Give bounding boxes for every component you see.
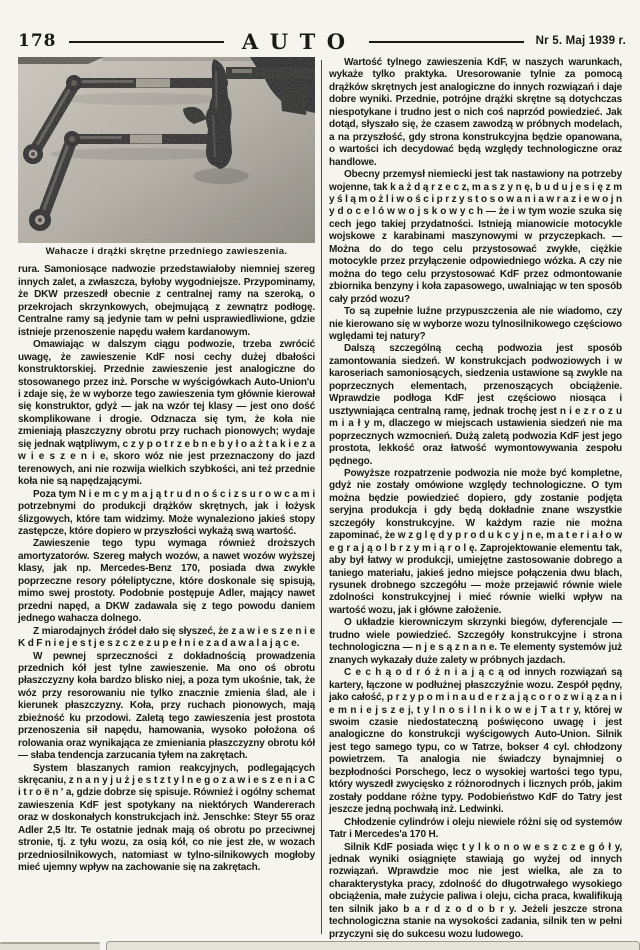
paragraph: Chłodzenie cylindrów i oleju niewiele ró… bbox=[329, 817, 622, 842]
left-column-text: rura. Samoniosące nadwozie przedstawiało… bbox=[18, 264, 315, 874]
right-column-text: Wartość tylnego zawieszenia KdF, w naszy… bbox=[329, 57, 622, 941]
paragraph: Zawieszenie tego typu wymaga również dro… bbox=[18, 538, 315, 625]
paragraph: O układzie kierowniczym skrzynki biegów,… bbox=[329, 617, 622, 667]
bottom-bar-right bbox=[106, 941, 640, 950]
paragraph: Dalszą szczególną cechą podwozia jest sp… bbox=[329, 343, 622, 468]
paragraph: Powyższe rozpatrzenie podwozia nie może … bbox=[329, 468, 622, 617]
magazine-page: 178 AUTO Nr 5. Maj 1939 r. bbox=[0, 0, 640, 950]
paragraph: Obecny przemysł niemiecki jest tak nasta… bbox=[329, 169, 622, 306]
paragraph: rura. Samoniosące nadwozie przedstawiało… bbox=[18, 264, 315, 339]
header-rule-right bbox=[369, 41, 524, 43]
right-column: Wartość tylnego zawieszenia KdF, w naszy… bbox=[329, 57, 622, 936]
page-header: 178 AUTO Nr 5. Maj 1939 r. bbox=[18, 28, 626, 54]
suspension-photo bbox=[18, 57, 315, 243]
paragraph: Silnik KdF posiada więc t y l k o n o w … bbox=[329, 842, 622, 942]
bottom-bar-left bbox=[0, 942, 100, 950]
photo-caption: Wahacze i drążki skrętne przedniego zawi… bbox=[18, 246, 315, 258]
page-body: Wahacze i drążki skrętne przedniego zawi… bbox=[18, 57, 622, 936]
paragraph: W pewnej sprzeczności z dokładnością pro… bbox=[18, 651, 315, 763]
paragraph: Omawiając w dalszym ciągu podwozie, trze… bbox=[18, 339, 315, 488]
left-column: Wahacze i drążki skrętne przedniego zawi… bbox=[18, 57, 315, 936]
suspension-photo-graphic bbox=[18, 57, 315, 243]
paragraph: Wartość tylnego zawieszenia KdF, w naszy… bbox=[329, 57, 622, 169]
header-rule-left bbox=[69, 41, 224, 43]
page-number: 178 bbox=[18, 31, 57, 51]
paragraph: C e c h ą o d r ó ż n i a j ą c ą od inn… bbox=[329, 667, 622, 816]
paragraph: Z miarodajnych źródeł dało się słyszeć, … bbox=[18, 626, 315, 651]
paragraph: Poza tym N i e m c y m a j ą t r u d n o… bbox=[18, 489, 315, 539]
paragraph: System blaszanych ramion reakcyjnych, po… bbox=[18, 763, 315, 875]
magazine-title: AUTO bbox=[236, 29, 357, 54]
issue-date: Nr 5. Maj 1939 r. bbox=[536, 35, 626, 47]
paragraph: To są zupełnie luźne przypuszczenia ale … bbox=[329, 306, 622, 343]
